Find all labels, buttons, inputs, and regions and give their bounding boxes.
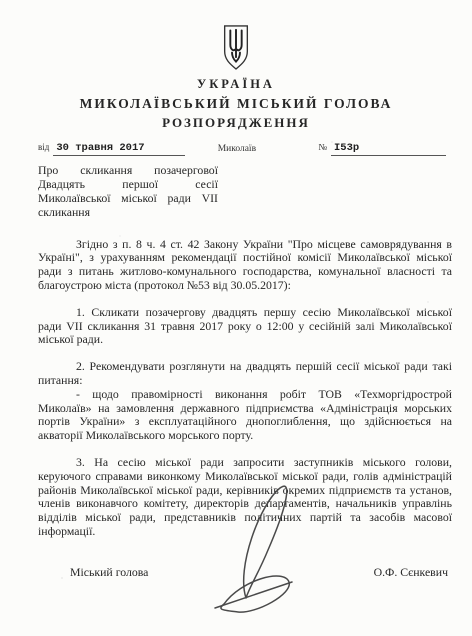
country-name: УКРАЇНА (0, 77, 472, 92)
paragraph-item-2: 2. Рекомендувати розглянути на двадцять … (38, 360, 452, 388)
paragraph-intro: Згідно з п. 8 ч. 4 ст. 42 Закону України… (38, 238, 452, 293)
signer-name: О.Ф. Сєнкевич (374, 565, 448, 580)
paragraph-item-1: 1. Скликати позачергову двадцять першу с… (38, 306, 452, 347)
letterhead: УКРАЇНА МИКОЛАЇВСЬКИЙ МІСЬКИЙ ГОЛОВА РОЗ… (0, 0, 472, 131)
meta-row: від 30 травня 2017 Миколаїв № І53р (0, 131, 472, 156)
handwritten-signature-icon (208, 480, 308, 625)
document-number: І53р (331, 142, 446, 156)
signer-position: Міський голова (70, 565, 148, 580)
subject-block: Про скликання позачергової Двадцять перш… (38, 163, 218, 220)
date-group: від 30 травня 2017 (38, 137, 185, 156)
coat-of-arms-ukraine-icon (0, 24, 472, 72)
document-page: УКРАЇНА МИКОЛАЇВСЬКИЙ МІСЬКИЙ ГОЛОВА РОЗ… (0, 0, 472, 636)
number-label: № (318, 142, 327, 152)
issuing-authority: МИКОЛАЇВСЬКИЙ МІСЬКИЙ ГОЛОВА (0, 96, 472, 112)
date-label: від (38, 142, 49, 152)
paragraph-item-2-sub: - щодо правомірності виконання робіт ТОВ… (38, 388, 452, 443)
document-type-title: РОЗПОРЯДЖЕННЯ (0, 115, 472, 131)
number-group: № І53р (318, 137, 446, 156)
date-value: 30 травня 2017 (53, 142, 185, 156)
place-name: Миколаїв (218, 144, 256, 156)
